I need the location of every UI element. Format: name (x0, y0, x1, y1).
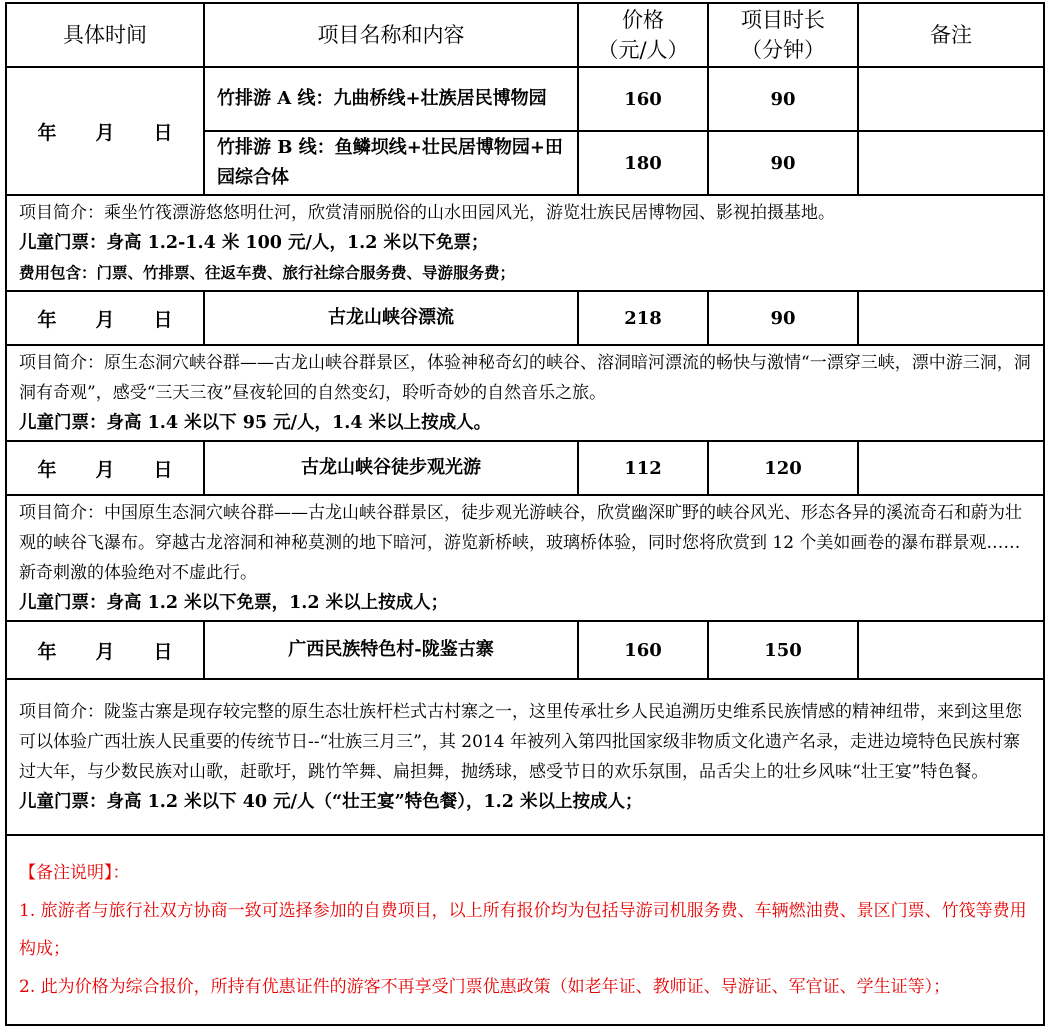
date-year: 年 (18, 637, 76, 664)
notes-section: 【备注说明】： 1. 旅游者与旅行社双方协商一致可选择参加的自费项目，以上所有报… (6, 835, 1044, 1025)
item-duration: 90 (708, 131, 858, 195)
item-name: 竹排游 A 线：九曲桥线+壮族居民博物园 (204, 67, 578, 131)
item-remark[interactable] (858, 131, 1044, 195)
child-ticket: 儿童门票：身高 1.2 米以下免票，1.2 米以上按成人； (19, 588, 1035, 618)
item-duration: 120 (708, 441, 858, 495)
item-name: 竹排游 B 线：鱼鳞坝线+壮民居博物园+田园综合体 (204, 131, 578, 195)
date-day: 日 (134, 305, 192, 332)
header-duration-line2: （分钟） (709, 35, 857, 65)
item-name: 广西民族特色村-陇鉴古寨 (204, 621, 578, 679)
item-remark[interactable] (858, 621, 1044, 679)
item-description: 项目简介：陇鉴古寨是现存较完整的原生态壮族杆栏式古村寨之一，这里传承壮乡人民追溯… (6, 679, 1044, 835)
note-line: 1. 旅游者与旅行社双方协商一致可选择参加的自费项目，以上所有报价均为包括导游司… (19, 892, 1035, 968)
item-row: 年月日 古龙山峡谷漂流 218 90 (6, 291, 1044, 345)
item-name: 古龙山峡谷漂流 (204, 291, 578, 345)
item-intro: 项目简介：陇鉴古寨是现存较完整的原生态壮族杆栏式古村寨之一，这里传承壮乡人民追溯… (19, 697, 1035, 787)
item-row: 年月日 广西民族特色村-陇鉴古寨 160 150 (6, 621, 1044, 679)
item-desc-row: 项目简介：陇鉴古寨是现存较完整的原生态壮族杆栏式古村寨之一，这里传承壮乡人民追溯… (6, 679, 1044, 835)
date-cell[interactable]: 年月日 (6, 621, 204, 679)
child-ticket: 儿童门票：身高 1.2 米以下 40 元/人（“壮王宴”特色餐），1.2 米以上… (19, 787, 1035, 817)
fee-includes: 费用包含：门票、竹排票、往返车费、旅行社综合服务费、导游服务费； (19, 258, 1035, 288)
header-remark: 备注 (858, 3, 1044, 67)
date-year: 年 (18, 118, 76, 145)
item-remark[interactable] (858, 441, 1044, 495)
item-remark[interactable] (858, 291, 1044, 345)
date-cell[interactable]: 年月日 (6, 67, 204, 195)
item-desc-row: 项目简介：乘坐竹筏漂游悠悠明仕河，欣赏清丽脱俗的山水田园风光，游览壮族民居博物园… (6, 195, 1044, 291)
item-price: 218 (578, 291, 708, 345)
header-price: 价格 （元/人） (578, 3, 708, 67)
item-row: 年月日 古龙山峡谷徒步观光游 112 120 (6, 441, 1044, 495)
header-duration: 项目时长 （分钟） (708, 3, 858, 67)
item-price: 160 (578, 67, 708, 131)
child-ticket: 儿童门票：身高 1.2-1.4 米 100 元/人，1.2 米以下免票； (19, 228, 1035, 258)
item-duration: 90 (708, 291, 858, 345)
item-description: 项目简介：中国原生态洞穴峡谷群——古龙山峡谷群景区，徒步观光游峡谷，欣赏幽深旷野… (6, 495, 1044, 621)
date-day: 日 (134, 637, 192, 664)
header-name: 项目名称和内容 (204, 3, 578, 67)
date-day: 日 (134, 455, 192, 482)
item-price: 112 (578, 441, 708, 495)
item-desc-row: 项目简介：原生态洞穴峡谷群——古龙山峡谷群景区，体验神秘奇幻的峡谷、溶洞暗河漂流… (6, 345, 1044, 441)
item-description: 项目简介：原生态洞穴峡谷群——古龙山峡谷群景区，体验神秘奇幻的峡谷、溶洞暗河漂流… (6, 345, 1044, 441)
notes-title: 【备注说明】： (19, 854, 1035, 892)
item-name: 古龙山峡谷徒步观光游 (204, 441, 578, 495)
item-intro: 项目简介：中国原生态洞穴峡谷群——古龙山峡谷群景区，徒步观光游峡谷，欣赏幽深旷野… (19, 498, 1035, 588)
notes-row: 【备注说明】： 1. 旅游者与旅行社双方协商一致可选择参加的自费项目，以上所有报… (6, 835, 1044, 1025)
date-month: 月 (76, 305, 134, 332)
header-price-line2: （元/人） (579, 35, 707, 65)
item-description: 项目简介：乘坐竹筏漂游悠悠明仕河，欣赏清丽脱俗的山水田园风光，游览壮族民居博物园… (6, 195, 1044, 291)
date-month: 月 (76, 637, 134, 664)
item-duration: 90 (708, 67, 858, 131)
date-year: 年 (18, 455, 76, 482)
header-price-line1: 价格 (579, 5, 707, 35)
header-row: 具体时间 项目名称和内容 价格 （元/人） 项目时长 （分钟） 备注 (6, 3, 1044, 67)
date-month: 月 (76, 118, 134, 145)
tour-price-table: 具体时间 项目名称和内容 价格 （元/人） 项目时长 （分钟） 备注 年月日 竹… (5, 2, 1045, 1026)
date-day: 日 (134, 118, 192, 145)
item-remark[interactable] (858, 67, 1044, 131)
item-desc-row: 项目简介：中国原生态洞穴峡谷群——古龙山峡谷群景区，徒步观光游峡谷，欣赏幽深旷野… (6, 495, 1044, 621)
item-price: 160 (578, 621, 708, 679)
item-price: 180 (578, 131, 708, 195)
date-month: 月 (76, 455, 134, 482)
date-cell[interactable]: 年月日 (6, 291, 204, 345)
date-cell[interactable]: 年月日 (6, 441, 204, 495)
header-date: 具体时间 (6, 3, 204, 67)
date-year: 年 (18, 305, 76, 332)
item-duration: 150 (708, 621, 858, 679)
child-ticket: 儿童门票：身高 1.4 米以下 95 元/人，1.4 米以上按成人。 (19, 408, 1035, 438)
item-row: 年月日 竹排游 A 线：九曲桥线+壮族居民博物园 160 90 (6, 67, 1044, 131)
header-duration-line1: 项目时长 (709, 5, 857, 35)
note-line: 2. 此为价格为综合报价，所持有优惠证件的游客不再享受门票优惠政策（如老年证、教… (19, 968, 1035, 1006)
item-intro: 项目简介：原生态洞穴峡谷群——古龙山峡谷群景区，体验神秘奇幻的峡谷、溶洞暗河漂流… (19, 348, 1035, 408)
item-intro: 项目简介：乘坐竹筏漂游悠悠明仕河，欣赏清丽脱俗的山水田园风光，游览壮族民居博物园… (19, 198, 1035, 228)
